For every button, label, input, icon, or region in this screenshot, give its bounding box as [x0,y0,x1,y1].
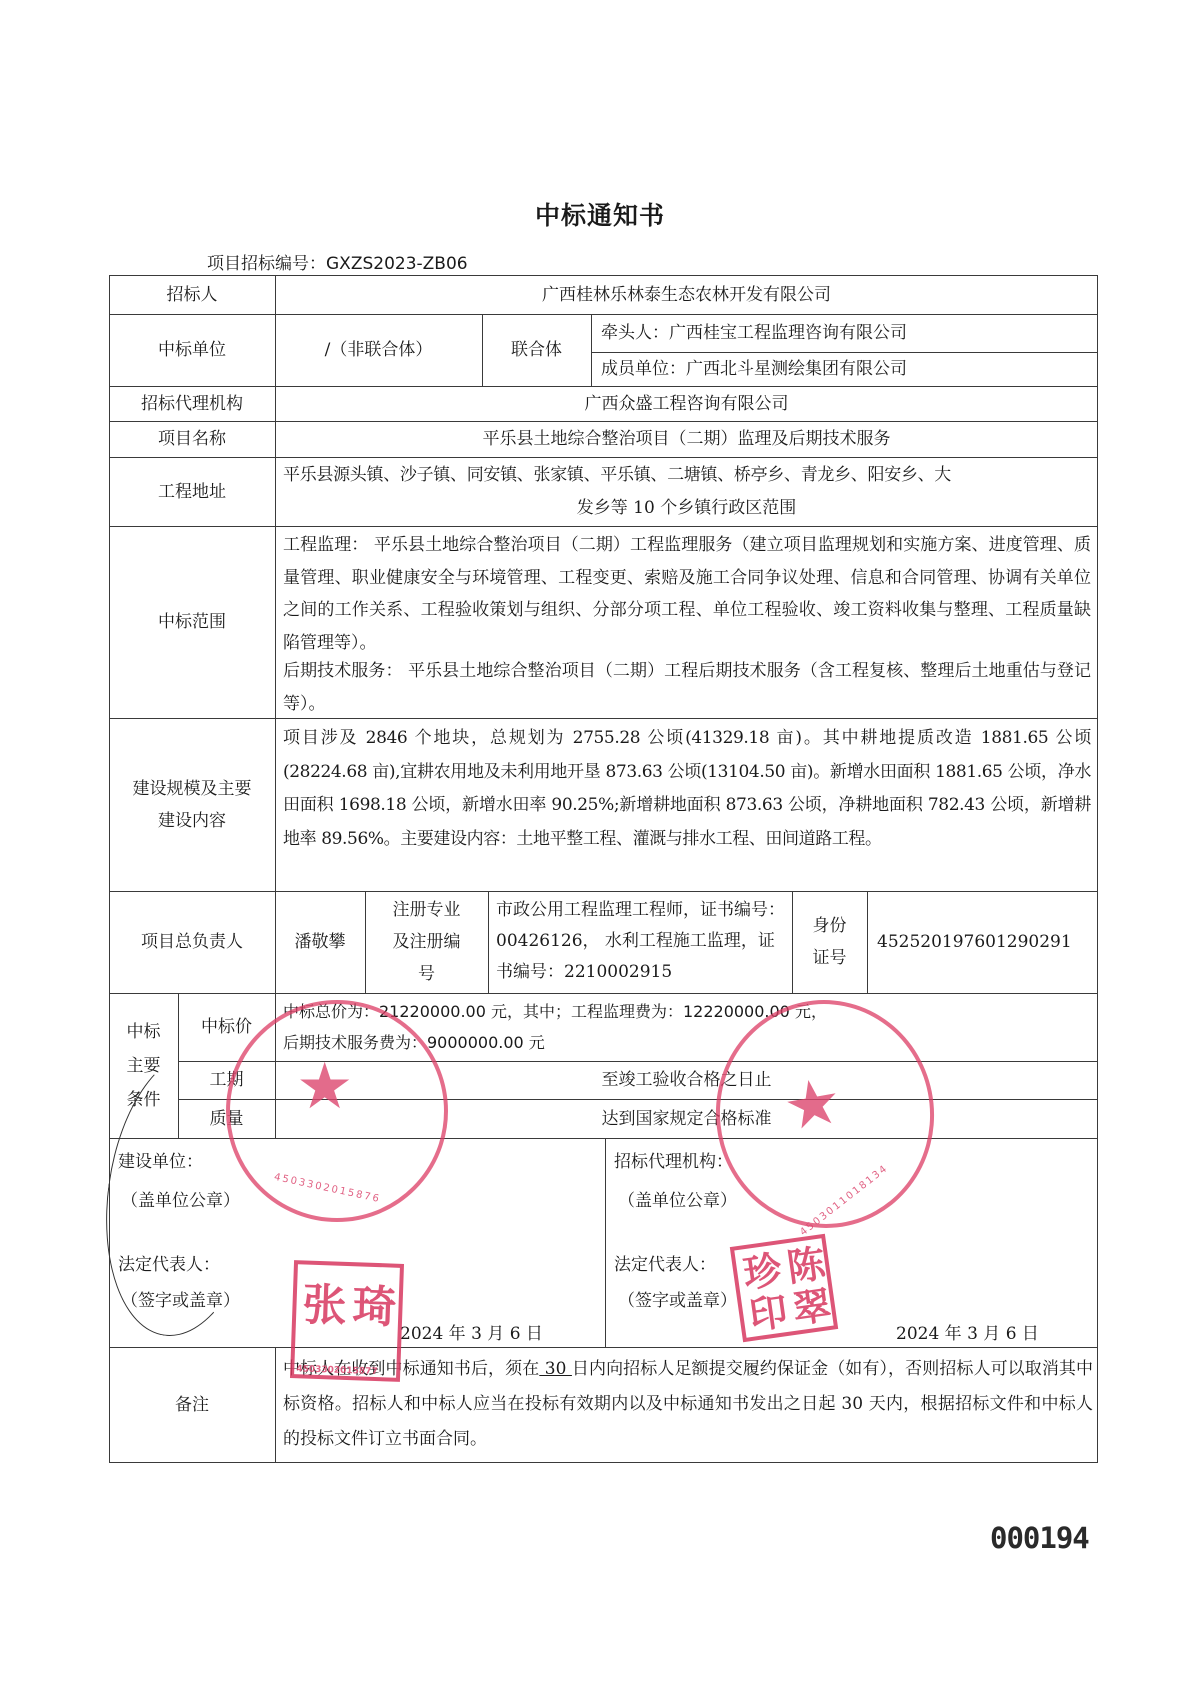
project-code-line: 项目招标编号：GXZS2023-ZB06 [207,249,468,274]
tenderer-value: 广西桂林乐林泰生态农林开发有限公司 [275,275,1098,314]
col-divider [488,891,489,993]
id-label-line-1: 身份 [813,910,847,942]
registration-value: 市政公用工程监理工程师，证书编号：00426126， 水利工程施工监理，证书编号… [496,895,788,988]
document-title: 中标通知书 [0,196,1200,232]
construction-label-line-1: 建设规模及主要 [133,773,252,805]
tenderer-label: 招标人 [109,275,275,314]
address-line-1: 平乐县源头镇、沙子镇、同安镇、张家镇、平乐镇、二塘镇、桥亭乡、青龙乡、阳安乡、大 [283,459,1093,492]
consortium-label: 联合体 [482,314,591,386]
scope-label: 中标范围 [109,526,275,718]
project-name-value: 平乐县土地综合整治项目（二期）监理及后期技术服务 [275,421,1098,457]
agency-label: 招标代理机构 [109,386,275,421]
manager-label: 项目总负责人 [109,891,275,993]
agency-value: 广西众盛工程咨询有限公司 [275,386,1098,421]
col-divider [275,1347,276,1462]
seal-char: 张 [302,1286,347,1326]
registration-label: 注册专业 及注册编 号 [365,891,488,993]
construction-label-line-2: 建设内容 [158,805,226,837]
id-label: 身份 证号 [792,891,867,993]
seal-char: 琦 [352,1288,397,1328]
scope-supervision: 工程监理： 平乐县土地综合整治项目（二期）工程监理服务（建立项目监理规划和实施方… [283,529,1091,659]
page-number: 000194 [990,1521,1089,1555]
registration-label-line-1: 注册专业 [393,894,461,926]
seal-char: 印 [747,1292,790,1335]
client-date: 2024 年 3 月 6 日 [400,1318,600,1351]
table-border-bottom [109,1462,1098,1463]
conditions-label-line-1: 中标 [127,1015,161,1049]
agency-date: 2024 年 3 月 6 日 [896,1318,1096,1351]
project-name-label: 项目名称 [109,421,275,457]
agency-rep-seal: 陈 翠 珍 印 [730,1234,838,1342]
remarks-label: 备注 [109,1347,275,1462]
seal-char: 翠 [790,1286,833,1329]
consortium-lead: 牵头人：广西桂宝工程监理咨询有限公司 [591,314,1098,352]
client-rep-seal: 张 琦 4503302015877 [290,1260,404,1382]
project-code-label: 项目招标编号： [207,254,326,274]
project-code: GXZS2023-ZB06 [326,254,468,274]
remarks-days: 30 [539,1359,572,1379]
address-label: 工程地址 [109,457,275,526]
address-line-2: 发乡等 10 个乡镇行政区范围 [275,492,1098,525]
stamp-star-icon: ★ [779,1069,847,1142]
registration-label-line-3: 号 [418,958,435,990]
construction-label: 建设规模及主要 建设内容 [109,718,275,891]
non-consortium-value: /（非联合体） [275,314,482,386]
stamp-star-icon: ★ [296,1055,353,1119]
id-value: 452520197601290291 [867,891,1098,993]
col-divider [605,1138,606,1347]
winning-bidder-label: 中标单位 [109,314,275,386]
seal-code: 4503302015877 [296,1364,378,1377]
consortium-member: 成员单位：广西北斗星测绘集团有限公司 [591,352,1098,386]
seal-char: 陈 [785,1244,828,1287]
id-label-line-2: 证号 [813,942,847,974]
registration-label-line-2: 及注册编 [393,926,461,958]
seal-char: 珍 [741,1250,784,1293]
construction-value: 项目涉及 2846 个地块，总规划为 2755.28 公顷(41329.18 亩… [283,722,1091,856]
scope-post-service: 后期技术服务： 平乐县土地综合整治项目（二期）工程后期技术服务（含工程复核、整理… [283,655,1091,720]
remarks-text: 中标人在收到中标通知书后，须在 30 日内向招标人足额提交履约保证金（如有），否… [283,1352,1093,1457]
manager-name: 潘敬攀 [275,891,365,993]
